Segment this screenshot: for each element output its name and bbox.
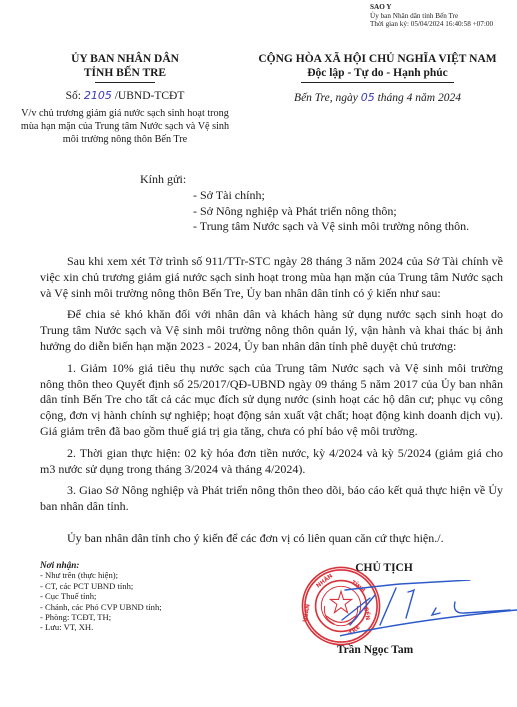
body-paragraph: 3. Giao Sở Nông nghiệp và Phát triển nôn…: [40, 483, 503, 515]
distribution-item: - Cục Thuế tỉnh;: [40, 591, 162, 601]
date-prefix: Bến Tre, ngày: [294, 92, 361, 104]
place-date: Bến Tre, ngày 05 tháng 4 năm 2024: [240, 91, 515, 105]
handwritten-signature-icon: [340, 580, 517, 640]
distribution-item: - Chánh, các Phó CVP UBND tỉnh;: [40, 602, 162, 612]
copy-stamp-issuer: Ủy ban Nhân dân tỉnh Bến Tre: [370, 12, 493, 21]
distribution-item: - CT, các PCT UBND tỉnh;: [40, 581, 162, 591]
org-name-line1: ỦY BAN NHÂN DÂN: [20, 52, 230, 66]
nation-title: CỘNG HÒA XÃ HỘI CHỦ NGHĨA VIỆT NAM: [240, 52, 515, 66]
distribution-list: Nơi nhận: - Như trên (thực hiện); - CT, …: [40, 560, 162, 633]
closing-sentence: Ủy ban nhân dân tỉnh cho ý kiến để các đ…: [67, 531, 444, 546]
document-number: Số: 2105 /UBND-TCĐT: [20, 89, 230, 103]
digital-copy-stamp: SAO Y Ủy ban Nhân dân tỉnh Bến Tre Thời …: [370, 3, 493, 29]
addressee-label: Kính gửi:: [140, 172, 186, 187]
copy-stamp-time: Thời gian ký: 05/04/2024 16:40:58 +07:00: [370, 20, 493, 29]
addressee-item: - Trung tâm Nước sạch và Vệ sinh môi trư…: [193, 219, 469, 235]
issuer-header: ỦY BAN NHÂN DÂN TỈNH BẾN TRE Số: 2105 /U…: [20, 52, 230, 146]
document-body: Sau khi xem xét Tờ trình số 911/TTr-STC …: [40, 254, 503, 521]
svg-text:UBAN: UBAN: [303, 604, 312, 623]
signer-name: Trần Ngọc Tam: [325, 644, 425, 656]
date-suffix: tháng 4 năm 2024: [375, 92, 461, 104]
body-paragraph: Để chia sẻ khó khăn đối với nhân dân và …: [40, 307, 503, 354]
distribution-item: - Phòng: TCĐT, TH;: [40, 612, 162, 622]
header-divider-right: [301, 82, 454, 83]
distribution-item: - Như trên (thực hiện);: [40, 570, 162, 580]
distribution-heading: Nơi nhận:: [40, 560, 162, 570]
copy-stamp-title: SAO Y: [370, 3, 493, 12]
body-paragraph: Sau khi xem xét Tờ trình số 911/TTr-STC …: [40, 254, 503, 301]
addressee-item: - Sở Nông nghiệp và Phát triển nông thôn…: [193, 204, 469, 220]
doc-no-handwritten: 2105: [84, 89, 112, 102]
doc-no-prefix: Số:: [66, 90, 84, 102]
body-paragraph: 1. Giảm 10% giá tiêu thụ nước sạch của T…: [40, 361, 503, 440]
addressee-item: - Sở Tài chính;: [193, 188, 469, 204]
doc-no-suffix: /UBND-TCĐT: [112, 90, 185, 102]
header-divider-left: [95, 82, 155, 83]
signer-title: CHỦ TỊCH: [344, 562, 424, 574]
distribution-item: - Lưu: VT, XH.: [40, 622, 162, 632]
document-subject: V/v chủ trương giảm giá nước sạch sinh h…: [20, 108, 230, 146]
national-header: CỘNG HÒA XÃ HỘI CHỦ NGHĨA VIỆT NAM Độc l…: [240, 52, 515, 105]
org-name-line2: TỈNH BẾN TRE: [20, 66, 230, 80]
national-motto: Độc lập - Tự do - Hạnh phúc: [240, 66, 515, 80]
addressee-list: - Sở Tài chính; - Sở Nông nghiệp và Phát…: [193, 188, 469, 235]
date-day-handwritten: 05: [361, 91, 375, 104]
body-paragraph: 2. Thời gian thực hiện: 02 kỳ hóa đơn ti…: [40, 446, 503, 478]
